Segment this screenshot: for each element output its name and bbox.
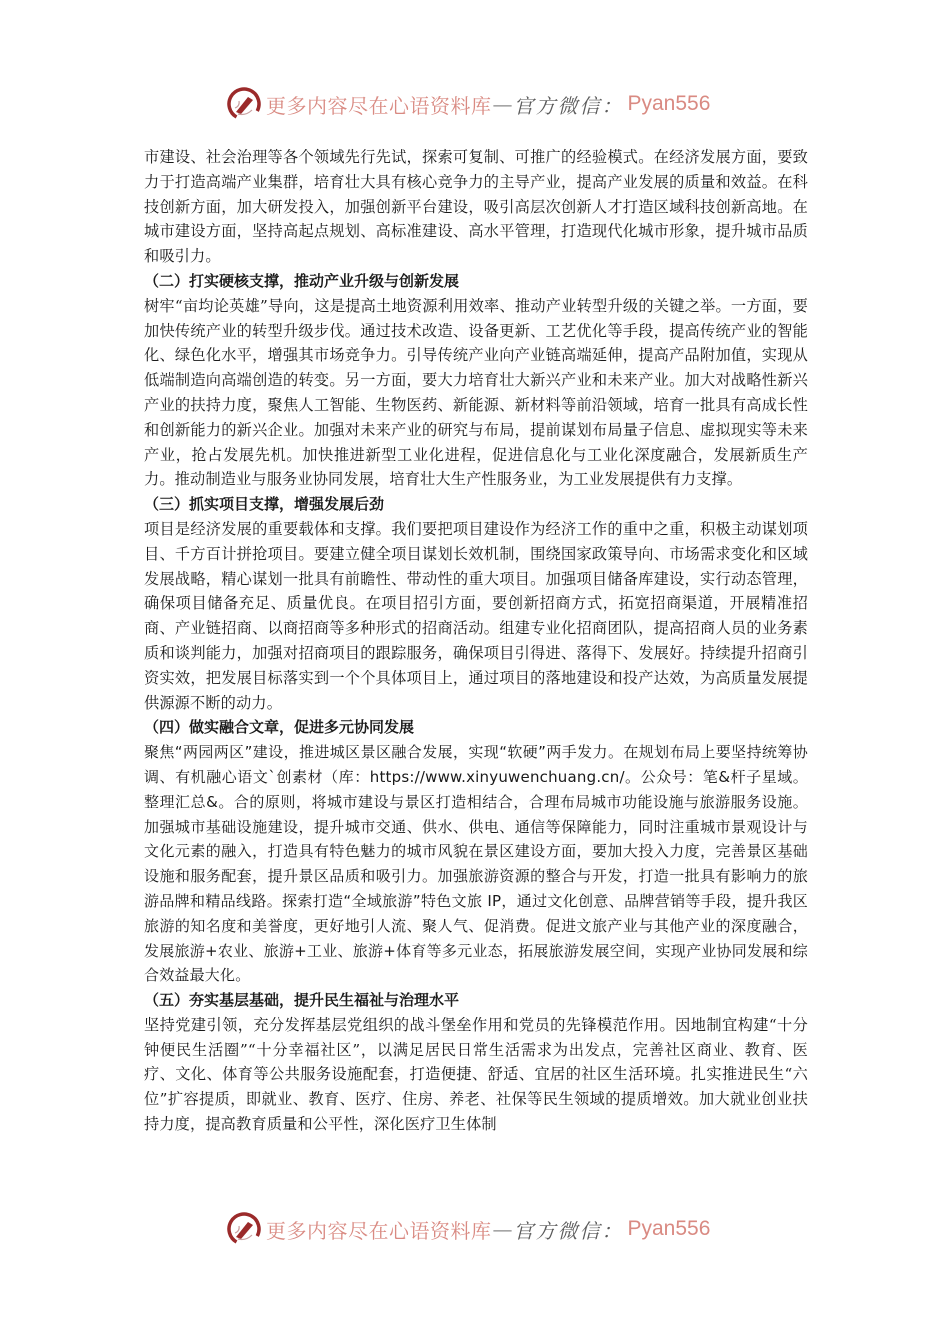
section-heading-2: （二）打实硬核支撑，推动产业升级与创新发展 [144, 269, 808, 294]
paragraph-section-2: 树牢“亩均论英雄”导向，这是提高土地资源利用效率、推动产业转型升级的关键之举。一… [144, 294, 808, 492]
section-heading-3: （三）抓实项目支撑，增强发展后劲 [144, 492, 808, 517]
dash-separator: — [493, 1217, 513, 1241]
paragraph-section-3: 项目是经济发展的重要载体和支撑。我们要把项目建设作为经济工作的重中之重，积极主动… [144, 517, 808, 715]
paragraph-section-4: 聚焦“两园两区”建设，推进城区景区融合发展，实现“软硬”两手发力。在规划布局上要… [144, 740, 808, 988]
quill-pen-logo-icon [226, 86, 262, 122]
paragraph-intro-continued: 市建设、社会治理等各个领域先行先试，探索可复制、可推广的经验模式。在经济发展方面… [144, 145, 808, 269]
footer-banner: 更多内容尽在心语资料库 — 官方微信： Pyan556 [226, 1209, 710, 1249]
wechat-id: Pyan556 [628, 1217, 711, 1241]
dash-separator: — [493, 92, 513, 116]
section-heading-4: （四）做实融合文章，促进多元协同发展 [144, 715, 808, 740]
site-name-text: 更多内容尽在心语资料库 [266, 1215, 492, 1244]
header-banner: 更多内容尽在心语资料库 — 官方微信： Pyan556 [226, 84, 710, 124]
site-name-text: 更多内容尽在心语资料库 [266, 90, 492, 119]
quill-pen-logo-icon [226, 1211, 262, 1247]
wechat-id: Pyan556 [628, 92, 711, 116]
wechat-label: 官方微信： [514, 1215, 624, 1244]
document-body: 市建设、社会治理等各个领域先行先试，探索可复制、可推广的经验模式。在经济发展方面… [144, 145, 808, 1137]
wechat-label: 官方微信： [514, 90, 624, 119]
paragraph-section-5: 坚持党建引领，充分发挥基层党组织的战斗堡垒作用和党员的先锋模范作用。因地制宜构建… [144, 1013, 808, 1137]
section-heading-5: （五）夯实基层基础，提升民生福祉与治理水平 [144, 988, 808, 1013]
